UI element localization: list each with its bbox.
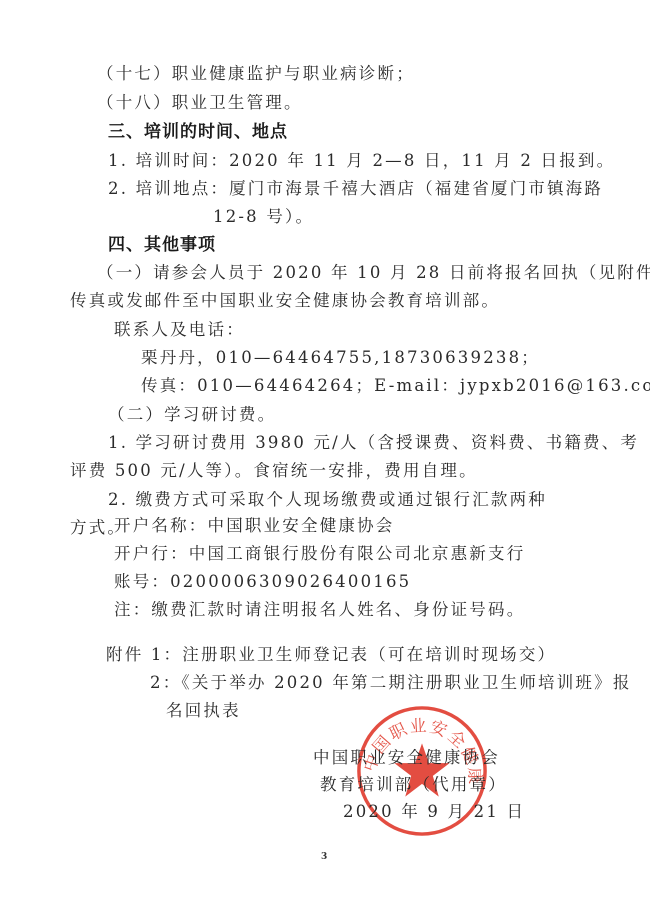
fax-email: 传真：010—64464264；E-mail：jypxb2016@163.com bbox=[141, 376, 650, 396]
list-item-18: （十八）职业卫生管理。 bbox=[97, 93, 303, 113]
training-time: 1. 培训时间：2020 年 11 月 2—8 日，11 月 2 日报到。 bbox=[108, 151, 615, 171]
contact-label: 联系人及电话： bbox=[114, 320, 245, 340]
training-place-line1: 2. 培训地点：厦门市海景千禧大酒店（福建省厦门市镇海路 bbox=[108, 179, 580, 199]
signature-department: 教育培训部（代用章） bbox=[320, 775, 507, 795]
registration-paragraph-line1: （一）请参会人员于 2020 年 10 月 28 日前将报名回执（见附件） bbox=[97, 263, 650, 283]
fee-heading: （二）学习研讨费。 bbox=[108, 405, 276, 425]
list-item-17: （十七）职业健康监护与职业病诊断； bbox=[97, 64, 415, 84]
contact-person: 栗丹丹，010—64464755,18730639238； bbox=[141, 348, 540, 368]
training-place-line2: 12-8 号）。 bbox=[213, 207, 314, 227]
attachment-2-line2: 名回执表 bbox=[166, 701, 241, 721]
section-heading-time-place: 三、培训的时间、地点 bbox=[108, 122, 288, 142]
registration-paragraph-line2: 传真或发邮件至中国职业安全健康协会教育培训部。 bbox=[70, 291, 500, 311]
payment-note: 注：缴费汇款时请注明报名人姓名、身份证号码。 bbox=[114, 600, 525, 620]
page-number: 3 bbox=[321, 852, 327, 862]
account-number: 账号：0200006309026400165 bbox=[114, 572, 411, 592]
bank-name: 开户行：中国工商银行股份有限公司北京惠新支行 bbox=[114, 544, 525, 564]
account-name: 开户名称：中国职业安全健康协会 bbox=[114, 516, 395, 536]
signature-date: 2020 年 9 月 21 日 bbox=[343, 802, 525, 822]
fee-line1: 1. 学习研讨费用 3980 元/人（含授课费、资料费、书籍费、考 bbox=[108, 433, 639, 453]
fee-line2: 评费 500 元/人等）。食宿统一安排，费用自理。 bbox=[70, 461, 478, 481]
section-heading-other: 四、其他事项 bbox=[108, 235, 216, 255]
attachment-1: 附件 1：注册职业卫生师登记表（可在培训时现场交） bbox=[106, 645, 556, 665]
payment-line1: 2. 缴费方式可采取个人现场缴费或通过银行汇款两种 bbox=[108, 490, 547, 510]
attachment-2-line1: 2：《关于举办 2020 年第二期注册职业卫生师培训班》报 bbox=[150, 673, 632, 693]
signature-organization: 中国职业安全健康协会 bbox=[313, 748, 500, 768]
